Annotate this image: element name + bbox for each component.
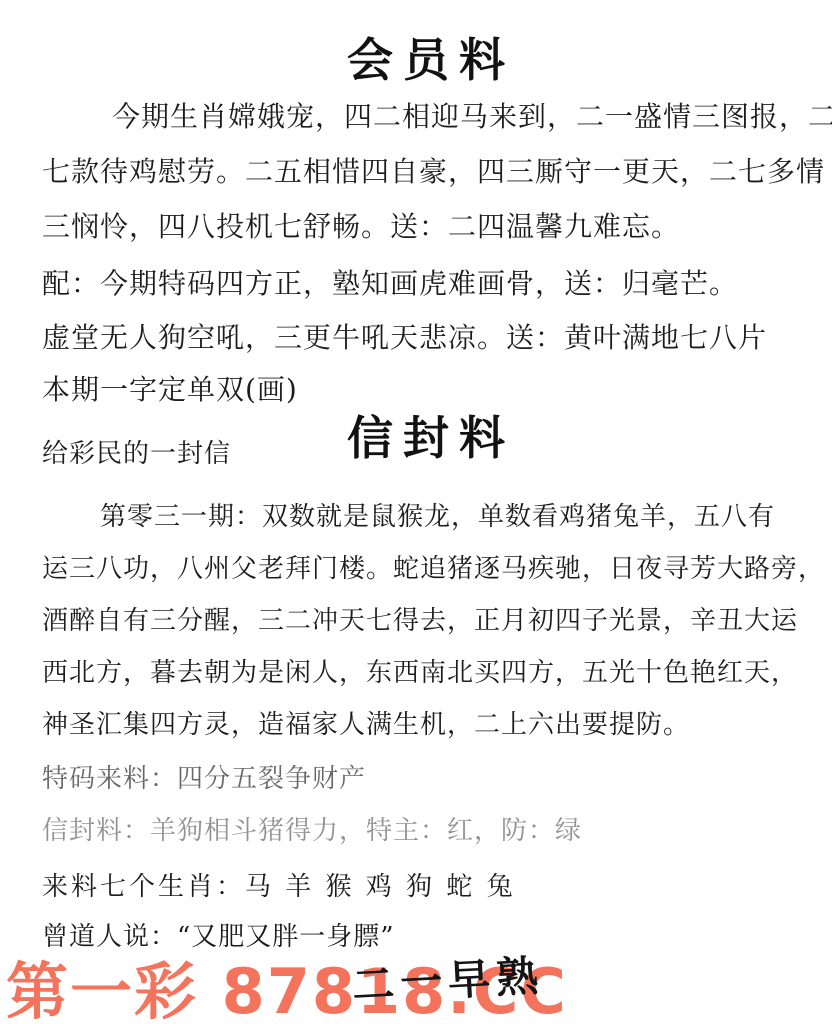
member-xutang-line: 虚堂无人狗空吼，三更牛吼天悲凉。送：黄叶满地七八片 [42,316,802,356]
envelope-poem-line-1: 第零三一期：双数就是鼠猴龙，单数看鸡猪兔羊，五八有 [100,496,832,533]
member-poem-line-2: 七款待鸡慰劳。二五相惜四自豪，四三厮守一更天，二七多情 [42,150,802,190]
envelope-poem-line-3: 酒醉自有三分醒，三二冲天七得去，正月初四子光景，辛丑大运 [42,600,802,637]
member-pei-line: 配：今期特码四方正，塾知画虎难画骨，送：归毫芒。 [42,262,802,302]
envelope-letter-label: 给彩民的一封信 [42,433,802,470]
envelope-poem-line-5: 神圣汇集四方灵，造福家人满生机，二上六出要提防。 [42,704,802,741]
envelope-tema-line: 特码来料：四分五裂争财产 [42,758,802,795]
member-poem-line-1: 今期生肖嫦娥宠，四二相迎马来到，二一盛情三图报，二 [112,95,832,135]
member-poem-line-3: 三悯怜，四八投机七舒畅。送：二四温馨九难忘。 [42,205,802,245]
envelope-xinfeng-line: 信封料：羊狗相斗猪得力，特主：红，防：绿 [42,810,802,847]
envelope-poem-line-4: 西北方，暮去朝为是闲人，东西南北买四方，五光十色艳红天， [42,652,802,689]
envelope-shengxiao-line: 来料七个生肖：马 羊 猴 鸡 狗 蛇 兔 [42,866,802,903]
envelope-poem-line-2: 运三八功，八州父老拜门楼。蛇追猪逐马疾驰，日夜寻芳大路旁， [42,548,802,585]
document-page: 会员料 今期生肖嫦娥宠，四二相迎马来到，二一盛情三图报，二 七款待鸡慰劳。二五相… [0,0,832,1024]
handwritten-overlay-text: 二一早熟 [351,943,546,1013]
member-section-title: 会员料 [0,24,832,90]
